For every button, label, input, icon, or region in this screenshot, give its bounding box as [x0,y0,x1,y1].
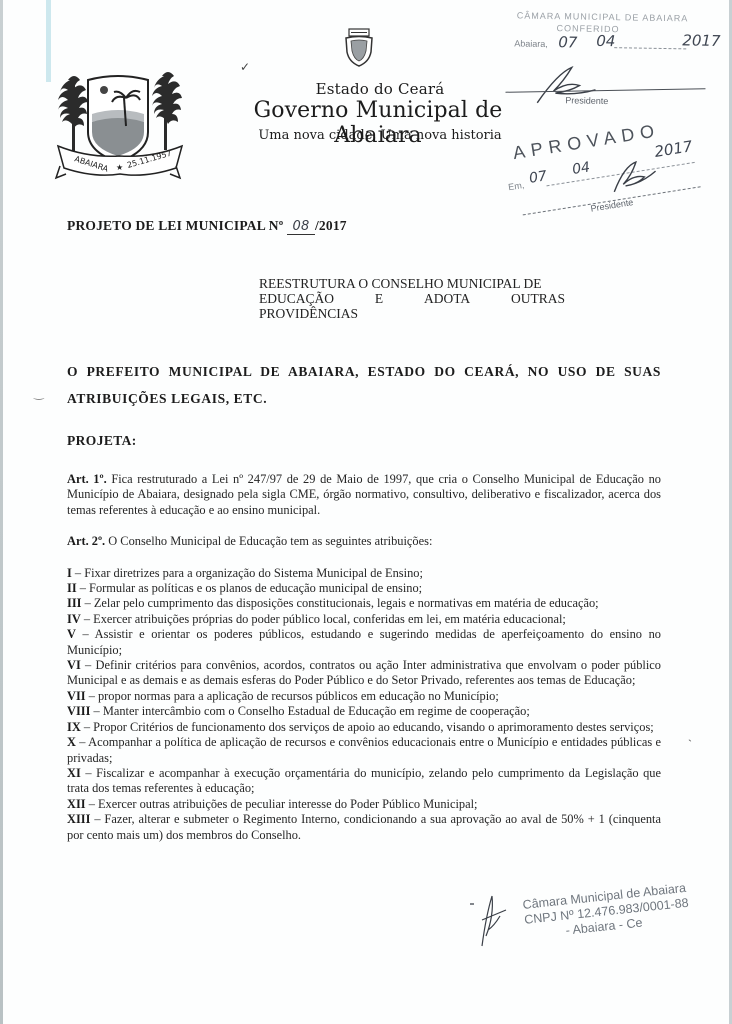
attribution-number: VII [67,689,86,703]
attribution-item: II – Formular as políticas e os planos d… [67,581,661,596]
svg-text:★: ★ [116,163,123,172]
received-stamp-header: CÂMARA MUNICIPAL DE ABAIARA [517,10,689,23]
scan-speck: ˎ [688,728,692,743]
bill-summary: REESTRUTURA O CONSELHO MUNICIPAL DE EDUC… [259,276,565,321]
abaiara-coat-of-arms-icon: ABAIARA ★ 25.11.1957 [50,62,185,180]
attribution-text: – Formular as políticas e os planos de e… [77,581,422,595]
attribution-number: III [67,596,81,610]
summary-line-2: EDUCAÇÃO E ADOTA OUTRAS [259,291,565,306]
article-1-text: Fica restruturado a Lei nº 247/97 de 29 … [67,472,661,517]
articles: Art. 1º. Fica restruturado a Lei nº 247/… [67,472,661,843]
summary-line-1: REESTRUTURA O CONSELHO MUNICIPAL DE [259,276,565,291]
attribution-item: XI – Fiscalizar e acompanhar à execução … [67,766,661,797]
received-stamp: CÂMARA MUNICIPAL DE ABAIARA CONFERIDO Ab… [485,4,727,118]
attribution-item: VIII – Manter intercâmbio com o Conselho… [67,704,661,719]
projeta-heading: PROJETA: [67,433,137,449]
attribution-number: VI [67,658,81,672]
approved-stamp-day: 07 [528,168,548,187]
attributions-list: I – Fixar diretrizes para a organização … [67,566,661,843]
attribution-number: II [67,581,77,595]
attribution-item: III – Zelar pelo cumprimento das disposi… [67,596,661,611]
header-slogan: Uma nova cidade, Uma nova historia [220,128,540,143]
received-stamp-place: Abaiara, [514,38,548,49]
attribution-item: XII – Exercer outras atribuições de pecu… [67,797,661,812]
received-stamp-day: 07 [558,33,577,51]
attribution-item: VI – Definir critérios para convênios, a… [67,658,661,689]
attribution-item: XIII – Fazer, alterar e submeter o Regim… [67,812,661,843]
attribution-item: VII – propor normas para a aplicação de … [67,689,661,704]
attribution-number: IV [67,612,81,626]
attribution-item: IX – Propor Critérios de funcionamento d… [67,720,661,735]
attribution-number: XI [67,766,81,780]
scan-edge-left [0,0,3,1024]
approved-stamp-month: 04 [571,159,591,178]
article-1: Art. 1º. Fica restruturado a Lei nº 247/… [67,472,661,518]
bill-title-year: /2017 [315,218,347,233]
summary-line-3: PROVIDÊNCIAS [259,306,565,321]
attribution-item: X – Acompanhar a política de aplicação d… [67,735,661,766]
approved-stamp-place: Em, [508,180,525,192]
attribution-text: – Acompanhar a política de aplicação de … [67,735,661,764]
preamble: O PREFEITO MUNICIPAL DE ABAIARA, ESTADO … [67,358,661,412]
attribution-text: – Fazer, alterar e submeter o Regimento … [67,812,661,841]
attribution-number: IX [67,720,81,734]
attribution-number: VIII [67,704,90,718]
scan-speck: ‿ [34,386,44,401]
article-2-label: Art. 2º. [67,534,105,548]
article-1-label: Art. 1º. [67,472,107,486]
received-stamp-year: 2017 [682,31,720,50]
summary-word: ADOTA [424,291,470,306]
attribution-item: I – Fixar diretrizes para a organização … [67,566,661,581]
bill-title: PROJETO DE LEI MUNICIPAL Nº 08/2017 [67,218,347,235]
scan-speck: ✓ [240,60,250,75]
attribution-number: XIII [67,812,90,826]
attribution-item: V – Assistir e orientar os poderes públi… [67,627,661,658]
attribution-text: – Definir critérios para convênios, acor… [67,658,661,687]
attribution-number: V [67,627,76,641]
attribution-item: IV – Exercer atribuições próprias do pod… [67,612,661,627]
footer-initials-icon [468,890,518,950]
attribution-text: – Exercer atribuições próprias do poder … [81,612,566,626]
attribution-text: – Exercer outras atribuições de peculiar… [86,797,478,811]
bill-title-prefix: PROJETO DE LEI MUNICIPAL Nº [67,218,283,233]
attribution-text: – Assistir e orientar os poderes público… [67,627,661,656]
attribution-text: – Fiscalizar e acompanhar à execução orç… [67,766,661,795]
article-2: Art. 2º. O Conselho Municipal de Educaçã… [67,534,661,549]
attribution-number: XII [67,797,86,811]
ceara-state-crest-icon [342,28,376,68]
received-stamp-role: Presidente [565,95,608,106]
summary-word: E [375,291,383,306]
summary-word: EDUCAÇÃO [259,291,334,306]
attribution-text: – propor normas para a aplicação de recu… [86,689,499,703]
bill-number: 08 [287,219,315,235]
attribution-text: – Fixar diretrizes para a organização do… [72,566,423,580]
article-2-text: O Conselho Municipal de Educação tem as … [105,534,432,548]
received-stamp-month: 04 [596,32,615,50]
received-stamp-dotted-line [614,47,686,49]
chamber-stamp: Câmara Municipal de Abaiara CNPJ Nº 12.4… [522,876,732,943]
attribution-text: – Manter intercâmbio com o Conselho Esta… [90,704,529,718]
attribution-text: – Zelar pelo cumprimento das disposições… [81,596,598,610]
attribution-number: X [67,735,76,749]
attribution-text: – Propor Critérios de funcionamento dos … [81,720,654,734]
approved-stamp-role: Presidente [590,197,634,214]
summary-word: OUTRAS [511,291,565,306]
